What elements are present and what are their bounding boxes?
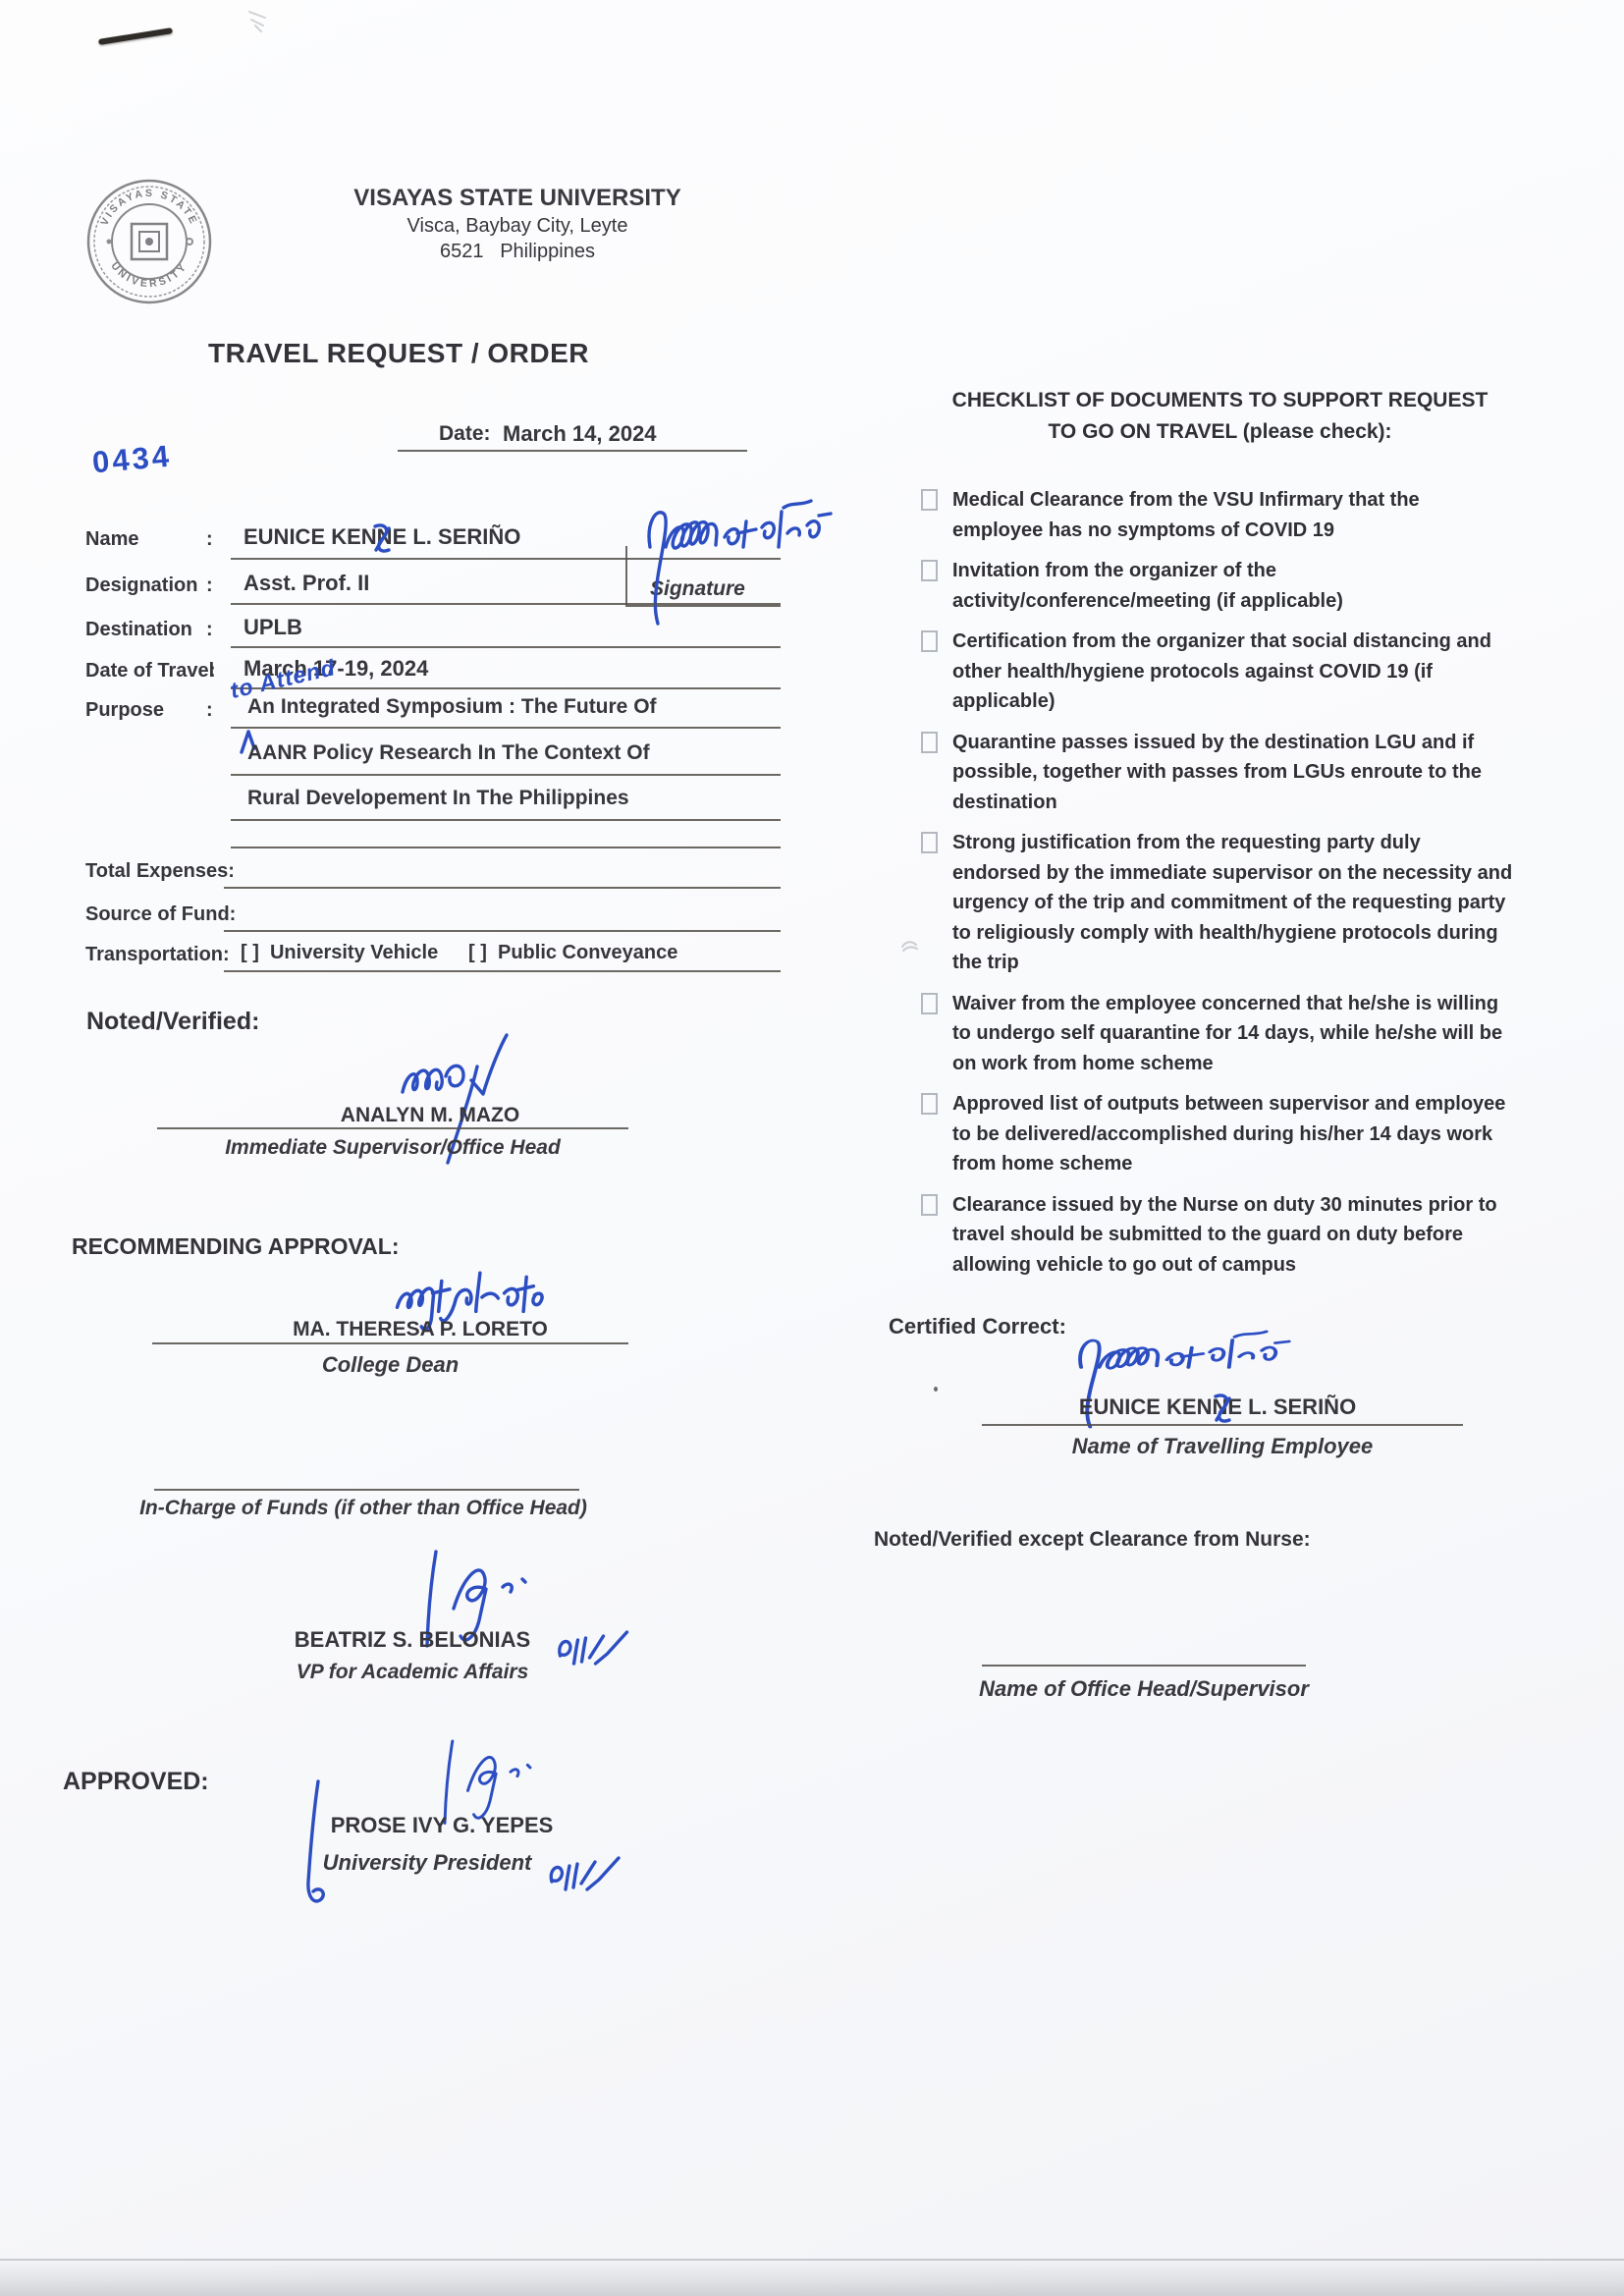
university-address-line2: 6521 Philippines	[311, 241, 724, 263]
purpose-label: Purpose	[85, 699, 164, 722]
office-head-caption: Name of Office Head/Supervisor	[947, 1676, 1340, 1702]
university-seal: VISAYAS STATE UNIVERSITY	[84, 177, 214, 306]
ink-correction-mark	[369, 520, 395, 556]
destination-value: UPLB	[244, 615, 302, 640]
svg-text:UNIVERSITY: UNIVERSITY	[108, 260, 189, 290]
dean-title: College Dean	[152, 1352, 628, 1378]
vp-title: VP for Academic Affairs	[245, 1661, 579, 1684]
checklist-item: Invitation from the organizer of the act…	[921, 556, 1525, 616]
date-of-travel-colon: :	[209, 660, 216, 683]
checkbox-icon	[921, 732, 938, 753]
pencil-scuff-mark	[899, 935, 921, 955]
purpose-line-2: AANR Policy Research In The Context Of	[247, 741, 650, 765]
noted-verified-heading: Noted/Verified:	[86, 1008, 259, 1036]
checklist: Medical Clearance from the VSU Infirmary…	[921, 485, 1525, 1290]
university-name: VISAYAS STATE UNIVERSITY	[311, 185, 724, 212]
checkbox-icon	[921, 1093, 938, 1115]
checkbox-icon	[921, 560, 938, 581]
vp-name: BEATRIZ S. BELONIAS	[245, 1627, 579, 1653]
checklist-item: Certification from the organizer that so…	[921, 627, 1525, 717]
checklist-item-text: Invitation from the organizer of the act…	[952, 556, 1514, 616]
total-expenses-underline	[224, 887, 781, 889]
purpose-underline-3	[231, 819, 781, 821]
transportation-label: Transportation:	[85, 944, 230, 966]
employee-signature-ink	[636, 496, 833, 629]
certified-correct-heading: Certified Correct:	[889, 1314, 1066, 1339]
president-signature-stroke-ink	[295, 1776, 330, 1913]
checkbox-icon	[921, 993, 938, 1014]
approved-heading: APPROVED:	[63, 1768, 209, 1796]
transportation-option-public-conveyance: [ ] Public Conveyance	[468, 942, 677, 964]
date-underline	[398, 450, 747, 452]
designation-label: Designation	[85, 574, 197, 597]
seal-bottom-text: UNIVERSITY	[108, 260, 189, 290]
supervisor-underline	[157, 1127, 628, 1129]
destination-underline	[231, 646, 781, 648]
president-name: PROSE IVY G. YEPES	[275, 1813, 609, 1838]
source-of-fund-label: Source of Fund:	[85, 903, 236, 926]
university-address-line1: Visca, Baybay City, Leyte	[311, 215, 724, 238]
purpose-underline-1	[231, 727, 781, 729]
date-label: Date:	[439, 422, 491, 446]
signature-cell-divider	[625, 546, 627, 605]
checklist-item: Clearance issued by the Nurse on duty 30…	[921, 1190, 1525, 1281]
checklist-item-text: Waiver from the employee concerned that …	[952, 989, 1514, 1079]
dean-name: MA. THERESA P. LORETO	[253, 1318, 587, 1341]
checklist-item-text: Strong justification from the requesting…	[952, 828, 1514, 978]
purpose-line-3: Rural Developement In The Philippines	[247, 787, 629, 810]
checklist-item-text: Medical Clearance from the VSU Infirmary…	[952, 485, 1514, 545]
staple-mark	[98, 27, 173, 45]
ink-date-annotation	[542, 1850, 621, 1904]
name-colon: :	[206, 528, 213, 551]
transportation-option-university-vehicle: [ ] University Vehicle	[241, 942, 438, 964]
supervisor-name: ANALYN M. MAZO	[263, 1104, 597, 1127]
designation-value: Asst. Prof. II	[244, 571, 369, 596]
blank-underline	[231, 847, 781, 848]
recommending-approval-heading: RECOMMENDING APPROVAL:	[72, 1233, 400, 1260]
checklist-item: Approved list of outputs between supervi…	[921, 1089, 1525, 1179]
destination-label: Destination	[85, 619, 192, 641]
handwritten-tracking-code: 0434	[91, 439, 174, 481]
checklist-item: Waiver from the employee concerned that …	[921, 989, 1525, 1079]
transportation-underline	[224, 970, 781, 972]
pencil-scuff-mark	[245, 8, 271, 33]
destination-colon: :	[206, 619, 213, 641]
checklist-heading-line1: CHECKLIST OF DOCUMENTS TO SUPPORT REQUES…	[933, 385, 1507, 416]
office-head-underline	[982, 1665, 1306, 1667]
designation-underline	[231, 603, 781, 605]
form-title: TRAVEL REQUEST / ORDER	[208, 338, 589, 369]
source-of-fund-underline	[224, 930, 781, 932]
checkbox-icon	[921, 1194, 938, 1216]
dean-underline	[152, 1342, 628, 1344]
checklist-item-text: Approved list of outputs between supervi…	[952, 1089, 1514, 1179]
checklist-item-text: Clearance issued by the Nurse on duty 30…	[952, 1190, 1514, 1281]
checkbox-icon	[921, 489, 938, 511]
date-value: March 14, 2024	[503, 421, 657, 447]
travelling-employee-underline	[982, 1424, 1463, 1426]
purpose-line-1: An Integrated Symposium : The Future Of	[247, 695, 657, 719]
checklist-item-text: Quarantine passes issued by the destinat…	[952, 728, 1514, 818]
designation-colon: :	[206, 574, 213, 597]
checklist-item: Strong justification from the requesting…	[921, 828, 1525, 978]
date-of-travel-underline	[231, 687, 781, 689]
scanned-travel-request-form: VISAYAS STATE UNIVERSITY VISAYAS STATE U…	[0, 0, 1624, 2296]
nurse-note-heading: Noted/Verified except Clearance from Nur…	[874, 1528, 1311, 1552]
purpose-colon: :	[206, 699, 213, 722]
president-title: University President	[265, 1850, 589, 1876]
checklist-heading-line2: TO GO ON TRAVEL (please check):	[933, 416, 1507, 448]
checklist-item-text: Certification from the organizer that so…	[952, 627, 1514, 717]
purpose-underline-2	[231, 774, 781, 776]
checklist-item: Medical Clearance from the VSU Infirmary…	[921, 485, 1525, 545]
in-charge-of-funds-underline	[154, 1489, 579, 1491]
scan-edge-line	[0, 2259, 1624, 2261]
travelling-employee-caption: Name of Travelling Employee	[982, 1434, 1463, 1459]
checklist-heading: CHECKLIST OF DOCUMENTS TO SUPPORT REQUES…	[933, 385, 1507, 448]
checkbox-icon	[921, 630, 938, 652]
total-expenses-label: Total Expenses:	[85, 860, 235, 883]
supervisor-title: Immediate Supervisor/Office Head	[157, 1136, 628, 1160]
letterhead: VISAYAS STATE UNIVERSITY Visca, Baybay C…	[311, 185, 724, 263]
checklist-item: Quarantine passes issued by the destinat…	[921, 728, 1525, 818]
in-charge-of-funds-caption: In-Charge of Funds (if other than Office…	[118, 1497, 609, 1520]
ink-dot-artifact	[934, 1387, 938, 1392]
checkbox-icon	[921, 832, 938, 853]
name-label: Name	[85, 528, 138, 551]
ink-correction-mark	[1210, 1391, 1235, 1426]
date-of-travel-label: Date of Travel	[85, 660, 214, 683]
